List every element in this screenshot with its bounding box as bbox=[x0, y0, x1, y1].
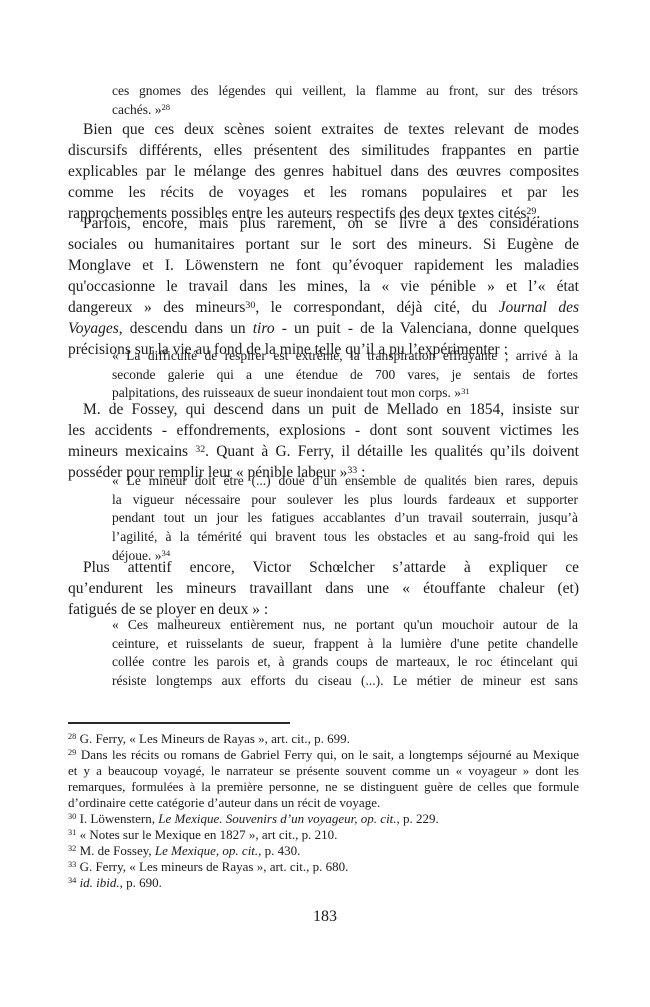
text-line: la vigueur nécessaire pour soulever les … bbox=[112, 491, 578, 510]
text-run: Bien que ces deux scènes soient extraite… bbox=[83, 121, 579, 138]
text-run: seconde galerie qui a une étendue de 700… bbox=[112, 367, 578, 382]
text-run: remarques, formulées à la première perso… bbox=[68, 779, 579, 794]
text-line: pendant tout un jour les fatigues accabl… bbox=[112, 509, 578, 528]
paragraph-1: Bien que ces deux scènes soient extraite… bbox=[68, 119, 579, 224]
text-run: « Ces malheureux entièrement nus, ne por… bbox=[112, 617, 578, 632]
footnote-marker: 33 bbox=[68, 860, 76, 869]
text-line: qu'occasionne le travail dans les mines,… bbox=[68, 276, 579, 297]
text-run: Journal des bbox=[499, 299, 579, 316]
footnote-marker: 31 bbox=[461, 386, 470, 396]
text-run: , descendu dans un bbox=[119, 320, 253, 337]
paragraph-3: M. de Fossey, qui descend dans un puit d… bbox=[68, 399, 579, 483]
text-run: sociales ou humanitaires portant sur le … bbox=[68, 236, 579, 253]
text-line: 30 I. Löwenstern, Le Mexique. Souvenirs … bbox=[68, 811, 579, 827]
footnote-31: 31 « Notes sur le Mexique en 1827 », art… bbox=[68, 827, 579, 843]
text-run: d’ordinaire cette catégorie d’auteur dan… bbox=[68, 795, 380, 810]
text-run: M. de Fossey, bbox=[76, 843, 155, 858]
text-run: tiro bbox=[253, 320, 275, 337]
text-run: et y a beaucoup voyagé, le narrateur se … bbox=[68, 763, 579, 778]
text-run: ces gnomes des légendes qui veillent, la… bbox=[112, 83, 578, 98]
text-run: Plus attentif encore, Victor Schœlcher s… bbox=[83, 559, 579, 576]
text-line: les accidents - effondrements, explosion… bbox=[68, 420, 579, 441]
text-run: l’agilité, à la témérité qui bravent tou… bbox=[112, 529, 578, 544]
text-line: 34 id. ibid., p. 690. bbox=[68, 875, 579, 891]
text-line: 32 M. de Fossey, Le Mexique, op. cit., p… bbox=[68, 843, 579, 859]
text-line: 28 G. Ferry, « Les Mineurs de Rayas », a… bbox=[68, 731, 579, 747]
page-number: 183 bbox=[0, 908, 650, 926]
text-line: sociales ou humanitaires portant sur le … bbox=[68, 234, 579, 255]
quote-continued: ces gnomes des légendes qui veillent, la… bbox=[112, 82, 578, 119]
footnote-30: 30 I. Löwenstern, Le Mexique. Souvenirs … bbox=[68, 811, 579, 827]
text-line: 31 « Notes sur le Mexique en 1827 », art… bbox=[68, 827, 579, 843]
text-line: Voyages, descendu dans un tiro - un puit… bbox=[68, 318, 579, 339]
quote-respirer: « La difficulté de respirer est extrême,… bbox=[112, 347, 578, 403]
text-run: Monglave et I. Löwenstern ne font qu’évo… bbox=[68, 257, 579, 274]
text-line: Parfois, encore, mais plus rarement, on … bbox=[68, 213, 579, 234]
footnote-marker: 28 bbox=[161, 102, 170, 112]
footnote-marker: 32 bbox=[195, 444, 205, 455]
text-run: explicables par le mélange des genres ha… bbox=[68, 163, 579, 180]
text-run: Le Mexique, op. cit. bbox=[155, 843, 258, 858]
text-line: d’ordinaire cette catégorie d’auteur dan… bbox=[68, 795, 579, 811]
text-run: qu'occasionne le travail dans les mines,… bbox=[68, 278, 579, 295]
footnote-marker: 30 bbox=[245, 300, 255, 311]
footnote-29: 29 Dans les récits ou romans de Gabriel … bbox=[68, 747, 579, 811]
footnote-32: 32 M. de Fossey, Le Mexique, op. cit., p… bbox=[68, 843, 579, 859]
text-run: , p. 430. bbox=[258, 843, 300, 858]
text-line: qu’endurent les mineurs travaillant dans… bbox=[68, 578, 579, 599]
text-line: discursifs différents, elles présentent … bbox=[68, 140, 579, 161]
text-line: ces gnomes des légendes qui veillent, la… bbox=[112, 82, 578, 101]
text-line: cachés. »28 bbox=[112, 101, 578, 120]
footnote-marker: 30 bbox=[68, 812, 76, 821]
footnote-marker: 28 bbox=[68, 732, 76, 741]
text-line: 29 Dans les récits ou romans de Gabriel … bbox=[68, 747, 579, 763]
text-run: Le Mexique. Souvenirs d’un voyageur, op.… bbox=[158, 811, 396, 826]
text-line: dangereux » des mineurs30, le correspond… bbox=[68, 297, 579, 318]
quote-mineur-qualites: « Le mineur doit être (...) doué d’un en… bbox=[112, 472, 578, 566]
footnote-28: 28 G. Ferry, « Les Mineurs de Rayas », a… bbox=[68, 731, 579, 747]
text-run: dangereux » des mineurs bbox=[68, 299, 245, 316]
text-run: cachés. » bbox=[112, 102, 161, 117]
text-run: Dans les récits ou romans de Gabriel Fer… bbox=[76, 747, 579, 762]
text-run: mineurs mexicains bbox=[68, 443, 195, 460]
footnote-marker: 29 bbox=[68, 748, 76, 757]
text-line: 33 G. Ferry, « Les mineurs de Rayas », a… bbox=[68, 859, 579, 875]
text-line: « La difficulté de respirer est extrême,… bbox=[112, 347, 578, 366]
footnote-34: 34 id. ibid., p. 690. bbox=[68, 875, 579, 891]
footnote-33: 33 G. Ferry, « Les mineurs de Rayas », a… bbox=[68, 859, 579, 875]
quote-malheureux: « Ces malheureux entièrement nus, ne por… bbox=[112, 616, 578, 691]
text-run: Parfois, encore, mais plus rarement, on … bbox=[83, 215, 579, 232]
text-run: , p. 690. bbox=[120, 875, 162, 890]
paragraph-2: Parfois, encore, mais plus rarement, on … bbox=[68, 213, 579, 360]
text-run: « Notes sur le Mexique en 1827 », art ci… bbox=[76, 827, 337, 842]
text-line: Plus attentif encore, Victor Schœlcher s… bbox=[68, 557, 579, 578]
text-line: comme les récits de voyages et les roman… bbox=[68, 182, 579, 203]
text-run: id. ibid. bbox=[80, 875, 120, 890]
footnote-marker: 34 bbox=[68, 876, 76, 885]
text-line: M. de Fossey, qui descend dans un puit d… bbox=[68, 399, 579, 420]
text-run: qu’endurent les mineurs travaillant dans… bbox=[68, 580, 579, 597]
text-run: - un puit - de la Valenciana, donne quel… bbox=[275, 320, 579, 337]
text-run: M. de Fossey, qui descend dans un puit d… bbox=[83, 401, 579, 418]
text-run: G. Ferry, « Les Mineurs de Rayas », art.… bbox=[76, 731, 350, 746]
footnote-marker: 32 bbox=[68, 844, 76, 853]
text-run: , p. 229. bbox=[397, 811, 439, 826]
text-line: mineurs mexicains 32. Quant à G. Ferry, … bbox=[68, 441, 579, 462]
text-line: résiste longtemps aux efforts du ciseau … bbox=[112, 672, 578, 691]
text-run: comme les récits de voyages et les roman… bbox=[68, 184, 579, 201]
text-run: « La difficulté de respirer est extrême,… bbox=[112, 348, 578, 363]
text-line: l’agilité, à la témérité qui bravent tou… bbox=[112, 528, 578, 547]
text-run: discursifs différents, elles présentent … bbox=[68, 142, 579, 159]
text-line: « Le mineur doit être (...) doué d’un en… bbox=[112, 472, 578, 491]
text-line: Monglave et I. Löwenstern ne font qu’évo… bbox=[68, 255, 579, 276]
text-line: Bien que ces deux scènes soient extraite… bbox=[68, 119, 579, 140]
text-line: « Ces malheureux entièrement nus, ne por… bbox=[112, 616, 578, 635]
footnote-separator bbox=[68, 722, 290, 724]
text-run: les accidents - effondrements, explosion… bbox=[68, 422, 579, 439]
text-run: pendant tout un jour les fatigues accabl… bbox=[112, 510, 578, 525]
text-line: explicables par le mélange des genres ha… bbox=[68, 161, 579, 182]
text-run: « Le mineur doit être (...) doué d’un en… bbox=[112, 473, 578, 488]
text-line: collée contre les parois et, à grands co… bbox=[112, 653, 578, 672]
text-line: remarques, formulées à la première perso… bbox=[68, 779, 579, 795]
text-run: ceinture, et ruisselants de sueur, frapp… bbox=[112, 636, 578, 651]
text-run: collée contre les parois et, à grands co… bbox=[112, 654, 578, 669]
text-line: et y a beaucoup voyagé, le narrateur se … bbox=[68, 763, 579, 779]
text-run: résiste longtemps aux efforts du ciseau … bbox=[112, 673, 578, 688]
text-line: seconde galerie qui a une étendue de 700… bbox=[112, 366, 578, 385]
text-run: G. Ferry, « Les mineurs de Rayas », art.… bbox=[76, 859, 348, 874]
text-line: ceinture, et ruisselants de sueur, frapp… bbox=[112, 635, 578, 654]
text-run: la vigueur nécessaire pour soulever les … bbox=[112, 492, 578, 507]
text-run: , le correspondant, déjà cité, du bbox=[255, 299, 498, 316]
text-run: . Quant à G. Ferry, il détaille les qual… bbox=[205, 443, 579, 460]
book-page: ces gnomes des légendes qui veillent, la… bbox=[0, 0, 650, 1007]
paragraph-4: Plus attentif encore, Victor Schœlcher s… bbox=[68, 557, 579, 620]
text-run: I. Löwenstern, bbox=[76, 811, 158, 826]
footnote-marker: 31 bbox=[68, 828, 76, 837]
text-run: Voyages bbox=[68, 320, 119, 337]
